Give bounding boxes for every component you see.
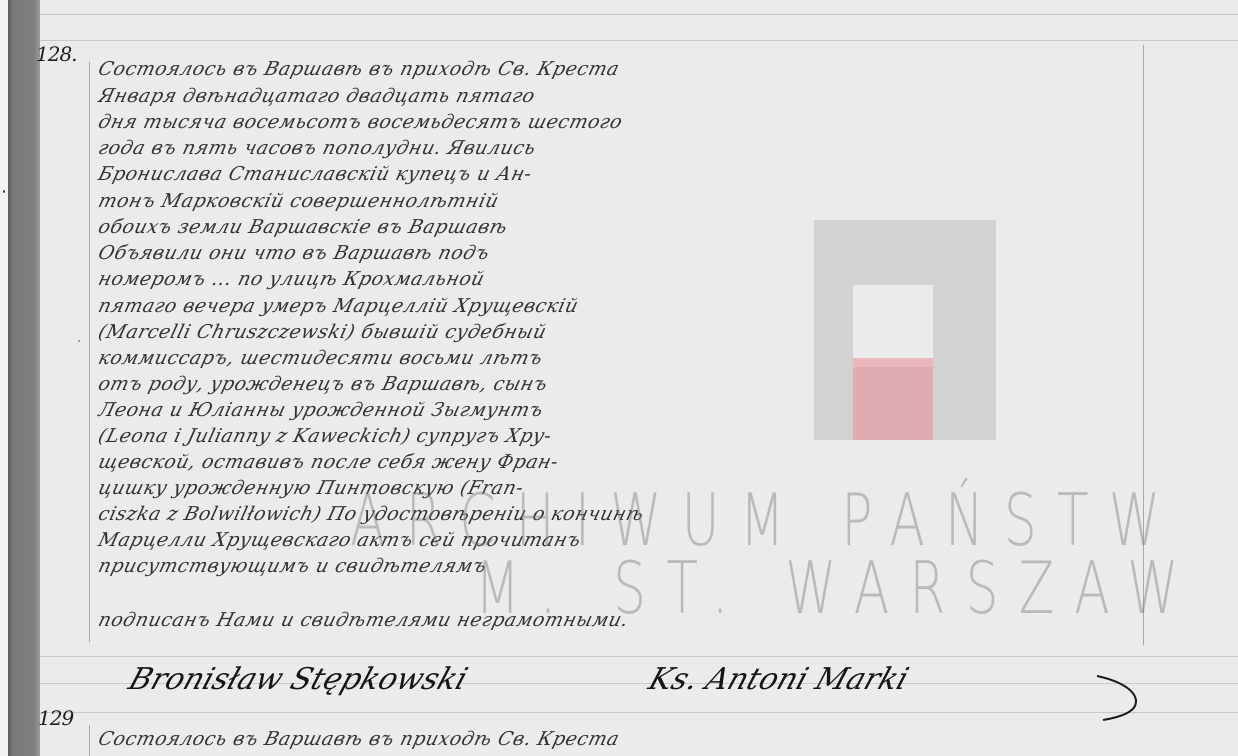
page-left-edge xyxy=(0,0,8,756)
signature-priest: Ks. Antoni Marki xyxy=(644,662,913,697)
entry-number-128: 128. xyxy=(36,42,77,66)
handwritten-line: Января двѣнадцатаго двадцать пятаго xyxy=(96,85,1151,107)
overlay-red-highlight xyxy=(853,358,933,440)
ruled-line xyxy=(40,712,1238,713)
handwritten-line: щевской, оставивъ после себя жену Фран- xyxy=(96,451,1151,473)
signature-witness: Bronisław Stępkowski xyxy=(124,662,472,697)
handwritten-line: Бронислава Станиславскій купецъ и Ан- xyxy=(96,163,1151,185)
ruled-line xyxy=(40,656,1238,657)
handwritten-line: дня тысяча восемьсотъ восемьдесятъ шесто… xyxy=(96,111,1151,133)
book-binding-strip xyxy=(8,0,40,756)
ruled-line xyxy=(40,14,1238,15)
handwritten-line: года въ пять часовъ пополудни. Явились xyxy=(96,137,1151,159)
left-margin-rule xyxy=(89,62,90,642)
handwritten-line: Состоялось въ Варшавѣ въ приходѣ Св. Кре… xyxy=(96,728,1151,750)
document-page: 128. 129 Состоялось въ Варшавѣ въ приход… xyxy=(0,0,1238,756)
signature-flourish-icon xyxy=(1095,672,1155,722)
handwritten-line: тонъ Марковскій совершеннолѣтній xyxy=(96,190,1151,212)
paper-speck xyxy=(78,340,80,342)
handwritten-line: Состоялось въ Варшавѣ въ приходѣ Св. Кре… xyxy=(96,58,1151,80)
paper-speck xyxy=(3,190,5,193)
entry-number-129: 129 xyxy=(38,706,73,730)
overlay-white-block xyxy=(853,285,933,367)
left-margin-rule-next xyxy=(89,725,90,756)
watermark-line-2: M. ST. WARSZAW xyxy=(475,546,1199,630)
ruled-line xyxy=(40,40,1238,41)
